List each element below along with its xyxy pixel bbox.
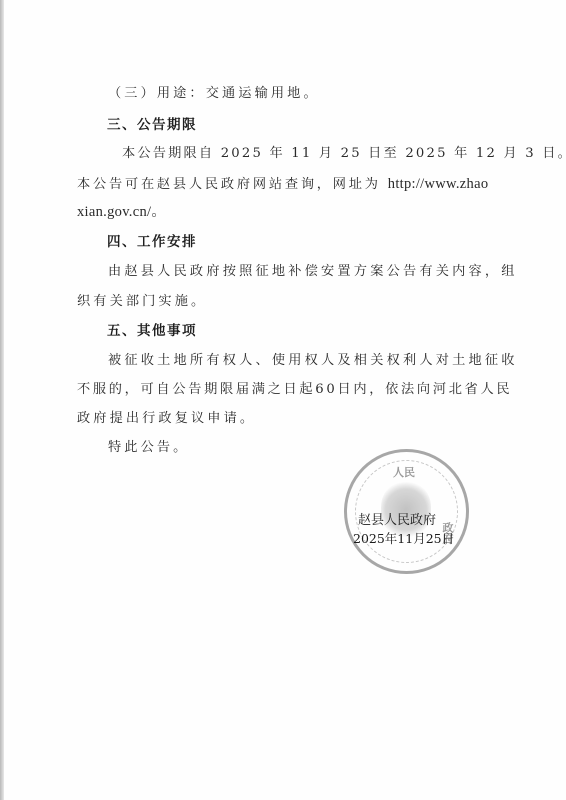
period-line-1: 本公告期限自 2025 年 11 月 25 日至 2025 年 12 月 3 日… xyxy=(122,147,566,160)
purpose-line: （三）用途：交通运输用地。 xyxy=(108,87,320,100)
heading-other-matters: 五、其他事项 xyxy=(107,325,197,339)
other-line-3: 政府提出行政复议申请。 xyxy=(77,412,256,425)
website-url-part-1: http://www.zhao xyxy=(388,176,489,192)
heading-work-arrangement: 四、工作安排 xyxy=(107,236,197,250)
period-line-2: 本公告可在赵县人民政府网站查询，网址为 http://www.zhao xyxy=(77,177,488,192)
issue-date: 2025年11月25日 xyxy=(353,533,454,546)
website-url-part-2: xian.gov.cn/。 xyxy=(77,205,166,220)
scan-edge-shadow xyxy=(0,0,4,800)
arrangement-line-2: 织有关部门实施。 xyxy=(77,295,207,308)
closing-line: 特此公告。 xyxy=(108,441,189,454)
document-page: （三）用途：交通运输用地。 三、公告期限 本公告期限自 2025 年 11 月 … xyxy=(0,0,566,800)
period-line-2-text: 本公告可在赵县人民政府网站查询，网址为 xyxy=(77,177,388,192)
other-line-2: 不服的，可自公告期限届满之日起60日内，依法向河北省人民 xyxy=(77,383,512,396)
national-emblem-icon xyxy=(381,482,431,537)
heading-announcement-period: 三、公告期限 xyxy=(107,119,197,133)
other-line-1: 被征收土地所有权人、使用权人及相关权利人对土地征收 xyxy=(108,354,518,367)
issuer-name: 赵县人民政府 xyxy=(358,514,436,527)
official-seal: 人民 政府 xyxy=(344,449,469,574)
arrangement-line-1: 由赵县人民政府按照征地补偿安置方案公告有关内容，组 xyxy=(108,265,518,278)
seal-top-text: 人民 xyxy=(393,464,415,480)
